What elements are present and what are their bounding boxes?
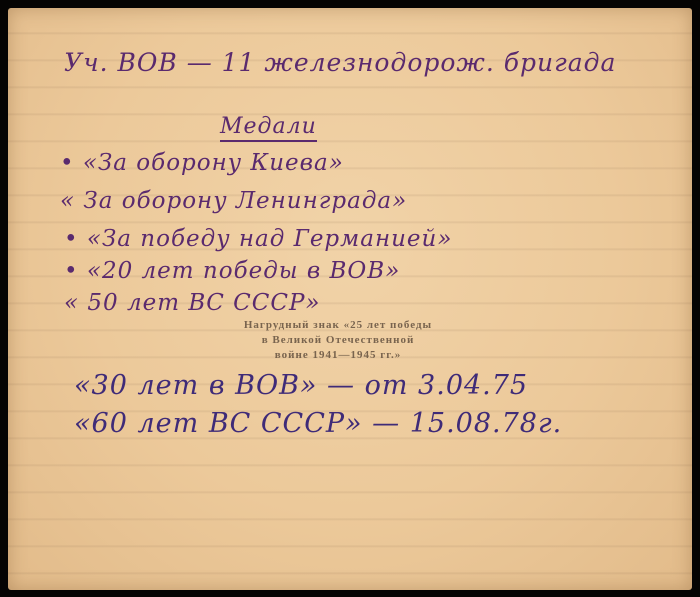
typed-note: Нагрудный знак «25 лет победы в Великой … [178, 318, 498, 363]
medal-item: « За оборону Ленинграда» [60, 188, 407, 214]
section-title: Медали [220, 114, 317, 142]
medal-item: • «За победу над Германией» [64, 226, 452, 252]
document-paper: Уч. ВОВ — 11 железнодорож. бригада Медал… [8, 8, 692, 590]
medal-item: « 50 лет ВС СССР» [64, 290, 321, 316]
later-entry: «60 лет ВС СССР» — 15.08.78г. [74, 408, 562, 439]
medal-item: • «20 лет победы в ВОВ» [64, 258, 400, 284]
typed-note-line: войне 1941—1945 гг.» [178, 348, 498, 363]
medal-item: • «За оборону Киева» [60, 150, 344, 176]
typed-note-line: Нагрудный знак «25 лет победы [178, 318, 498, 333]
later-entry: «30 лет в ВОВ» — от 3.04.75 [74, 370, 528, 401]
typed-note-line: в Великой Отечественной [178, 333, 498, 348]
document-header: Уч. ВОВ — 11 железнодорож. бригада [64, 48, 616, 77]
